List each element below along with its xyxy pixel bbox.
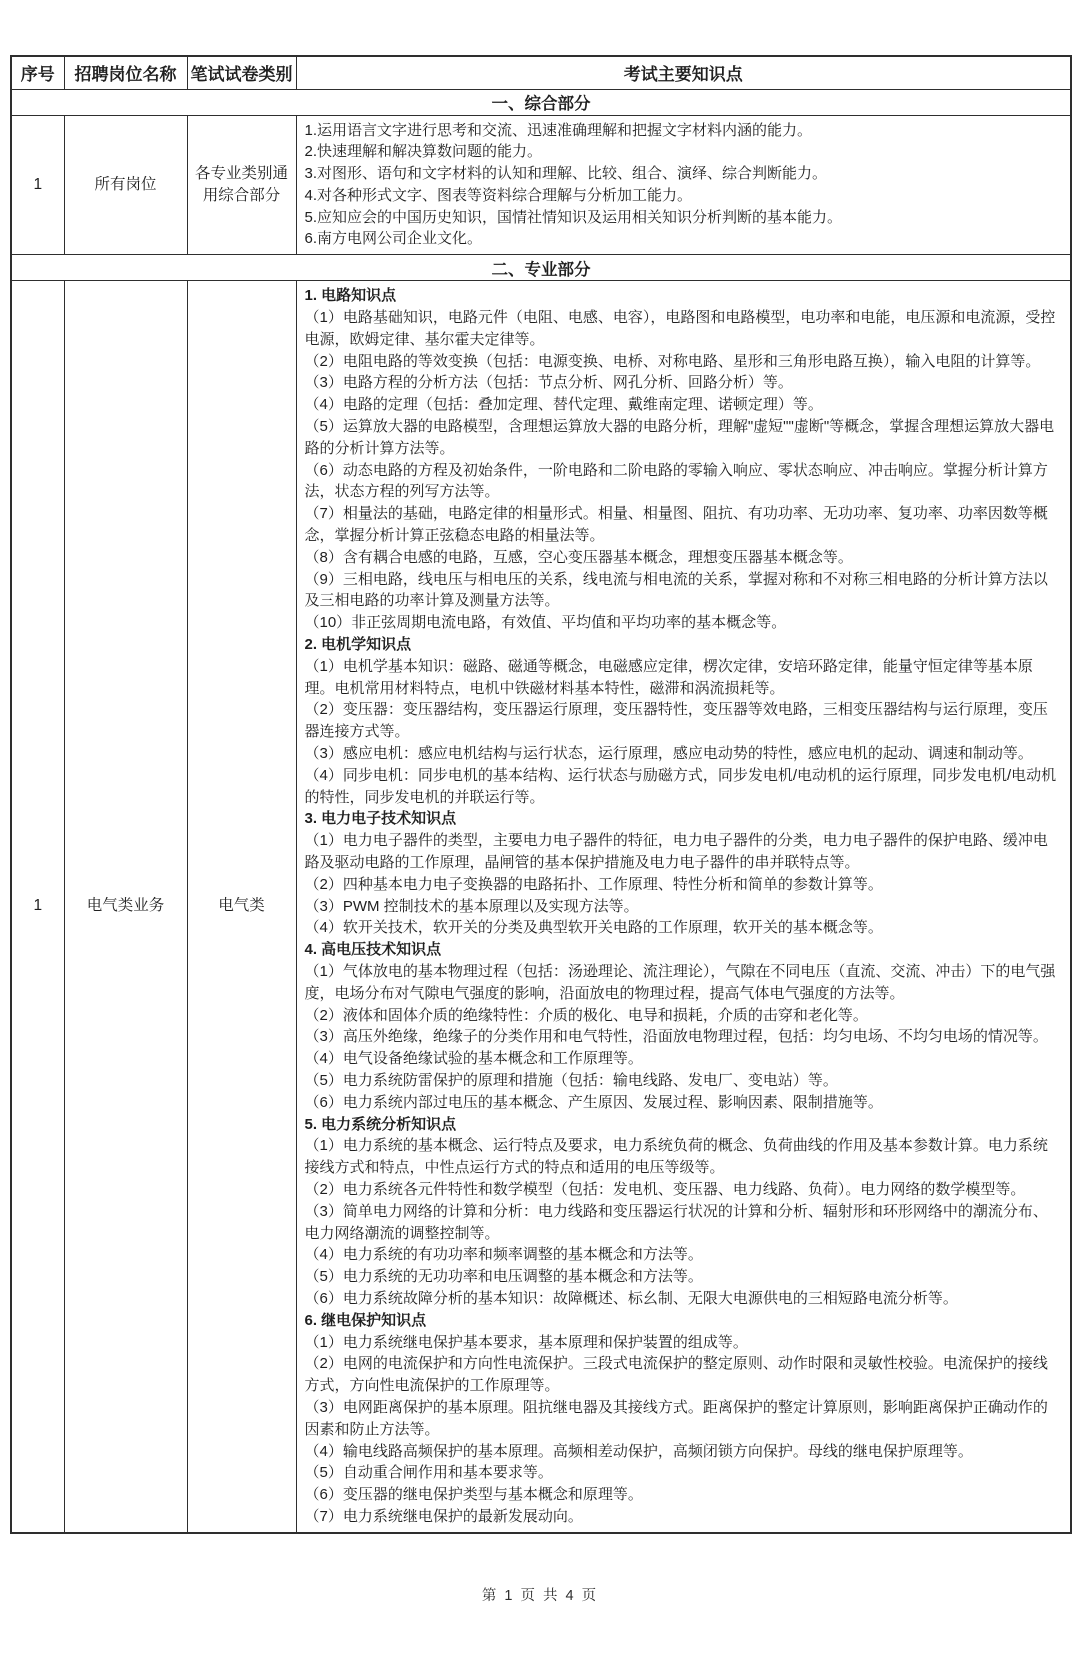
col-header-position: 招聘岗位名称	[64, 56, 187, 89]
knowledge-point-line: （1）电机学基本知识：磁路、磁通等概念，电磁感应定律，楞次定律，安培环路定律，能…	[305, 656, 1063, 700]
table-row-electrical: 1 电气类业务 电气类 1. 电路知识点（1）电路基础知识，电路元件（电阻、电感…	[11, 281, 1071, 1533]
knowledge-points-comprehensive: 1.运用语言文字进行思考和交流、迅速准确理解和把握文字材料内涵的能力。2.快速理…	[296, 115, 1071, 255]
knowledge-point-line: （4）软开关技术，软开关的分类及典型软开关电路的工作原理，软开关的基本概念等。	[305, 917, 1063, 939]
knowledge-point-line: 3. 电力电子技术知识点	[305, 808, 1063, 830]
knowledge-point-line: （2）电网的电流保护和方向性电流保护。三段式电流保护的整定原则、动作时限和灵敏性…	[305, 1353, 1063, 1397]
knowledge-point-line: 1.运用语言文字进行思考和交流、迅速准确理解和把握文字材料内涵的能力。	[305, 120, 1063, 142]
knowledge-point-line: （5）自动重合闸作用和基本要求等。	[305, 1462, 1063, 1484]
knowledge-point-line: （6）电力系统内部过电压的基本概念、产生原因、发展过程、影响因素、限制措施等。	[305, 1092, 1063, 1114]
knowledge-point-line: 3.对图形、语句和文字材料的认知和理解、比较、组合、演绎、综合判断能力。	[305, 163, 1063, 185]
knowledge-point-line: （3）电网距离保护的基本原理。阻抗继电器及其接线方式。距离保护的整定计算原则，影…	[305, 1397, 1063, 1441]
col-header-paper-category: 笔试试卷类别	[187, 56, 296, 89]
knowledge-point-line: 6. 继电保护知识点	[305, 1310, 1063, 1332]
knowledge-point-line: （4）电力系统的有功功率和频率调整的基本概念和方法等。	[305, 1244, 1063, 1266]
knowledge-point-line: （9）三相电路，线电压与相电压的关系，线电流与相电流的关系，掌握对称和不对称三相…	[305, 569, 1063, 613]
knowledge-point-line: （8）含有耦合电感的电路，互感，空心变压器基本概念，理想变压器基本概念等。	[305, 547, 1063, 569]
section-title-comprehensive: 一、综合部分	[11, 89, 1071, 115]
row-index: 1	[11, 281, 64, 1533]
knowledge-point-line: 2. 电机学知识点	[305, 634, 1063, 656]
section-row-professional: 二、专业部分	[11, 255, 1071, 281]
knowledge-point-line: （4）电路的定理（包括：叠加定理、替代定理、戴维南定理、诺顿定理）等。	[305, 394, 1063, 416]
knowledge-point-line: （6）变压器的继电保护类型与基本概念和原理等。	[305, 1484, 1063, 1506]
knowledge-point-line: （3）高压外绝缘，绝缘子的分类作用和电气特性，沿面放电物理过程，包括：均匀电场、…	[305, 1026, 1063, 1048]
row-index: 1	[11, 115, 64, 255]
section-row-comprehensive: 一、综合部分	[11, 89, 1071, 115]
knowledge-point-line: （2）电力系统各元件特性和数学模型（包括：发电机、变压器、电力线路、负荷）。电力…	[305, 1179, 1063, 1201]
knowledge-point-line: （5）运算放大器的电路模型，含理想运算放大器的电路分析，理解"虚短""虚断"等概…	[305, 416, 1063, 460]
knowledge-point-line: 2.快速理解和解决算数问题的能力。	[305, 141, 1063, 163]
exam-knowledge-table: 序号 招聘岗位名称 笔试试卷类别 考试主要知识点 一、综合部分 1 所有岗位 各…	[10, 55, 1072, 1534]
knowledge-point-line: （3）感应电机：感应电机结构与运行状态，运行原理，感应电动势的特性，感应电机的起…	[305, 743, 1063, 765]
position-name: 所有岗位	[64, 115, 187, 255]
knowledge-point-line: （2）四种基本电力电子变换器的电路拓扑、工作原理、特性分析和简单的参数计算等。	[305, 874, 1063, 896]
position-name: 电气类业务	[64, 281, 187, 1533]
knowledge-point-line: 6.南方电网公司企业文化。	[305, 228, 1063, 250]
knowledge-point-line: （6）动态电路的方程及初始条件，一阶电路和二阶电路的零输入响应、零状态响应、冲击…	[305, 460, 1063, 504]
knowledge-point-line: 4.对各种形式文字、图表等资料综合理解与分析加工能力。	[305, 185, 1063, 207]
knowledge-point-line: （4）输电线路高频保护的基本原理。高频相差动保护，高频闭锁方向保护。母线的继电保…	[305, 1441, 1063, 1463]
knowledge-point-line: （3）简单电力网络的计算和分析：电力线路和变压器运行状况的计算和分析、辐射形和环…	[305, 1201, 1063, 1245]
paper-category: 各专业类别通用综合部分	[187, 115, 296, 255]
section-title-professional: 二、专业部分	[11, 255, 1071, 281]
knowledge-point-line: （10）非正弦周期电流电路，有效值、平均值和平均功率的基本概念等。	[305, 612, 1063, 634]
page-number: 第 1 页 共 4 页	[0, 1584, 1080, 1605]
knowledge-point-line: （3）电路方程的分析方法（包括：节点分析、网孔分析、回路分析）等。	[305, 372, 1063, 394]
col-header-index: 序号	[11, 56, 64, 89]
knowledge-point-line: （1）电力系统的基本概念、运行特点及要求，电力系统负荷的概念、负荷曲线的作用及基…	[305, 1135, 1063, 1179]
table-row-all-positions: 1 所有岗位 各专业类别通用综合部分 1.运用语言文字进行思考和交流、迅速准确理…	[11, 115, 1071, 255]
knowledge-point-line: 4. 高电压技术知识点	[305, 939, 1063, 961]
knowledge-point-line: （1）电力电子器件的类型，主要电力电子器件的特征，电力电子器件的分类，电力电子器…	[305, 830, 1063, 874]
knowledge-point-line: （5）电力系统防雷保护的原理和措施（包括：输电线路、发电厂、变电站）等。	[305, 1070, 1063, 1092]
knowledge-point-line: （1）电力系统继电保护基本要求，基本原理和保护装置的组成等。	[305, 1332, 1063, 1354]
knowledge-point-line: （5）电力系统的无功功率和电压调整的基本概念和方法等。	[305, 1266, 1063, 1288]
paper-category: 电气类	[187, 281, 296, 1533]
knowledge-point-line: 1. 电路知识点	[305, 285, 1063, 307]
knowledge-points-electrical: 1. 电路知识点（1）电路基础知识，电路元件（电阻、电感、电容），电路图和电路模…	[296, 281, 1071, 1533]
knowledge-point-line: （1）气体放电的基本物理过程（包括：汤逊理论、流注理论），气隙在不同电压（直流、…	[305, 961, 1063, 1005]
knowledge-point-line: （2）液体和固体介质的绝缘特性：介质的极化、电导和损耗，介质的击穿和老化等。	[305, 1005, 1063, 1027]
knowledge-point-line: （2）电阻电路的等效变换（包括：电源变换、电桥、对称电路、星形和三角形电路互换）…	[305, 351, 1063, 373]
knowledge-point-line: （6）电力系统故障分析的基本知识：故障概述、标幺制、无限大电源供电的三相短路电流…	[305, 1288, 1063, 1310]
knowledge-point-line: （7）电力系统继电保护的最新发展动向。	[305, 1506, 1063, 1528]
table-header-row: 序号 招聘岗位名称 笔试试卷类别 考试主要知识点	[11, 56, 1071, 89]
knowledge-point-line: （4）同步电机：同步电机的基本结构、运行状态与励磁方式，同步发电机/电动机的运行…	[305, 765, 1063, 809]
knowledge-point-line: （2）变压器：变压器结构，变压器运行原理，变压器特性，变压器等效电路，三相变压器…	[305, 699, 1063, 743]
knowledge-point-line: （4）电气设备绝缘试验的基本概念和工作原理等。	[305, 1048, 1063, 1070]
col-header-knowledge-points: 考试主要知识点	[296, 56, 1071, 89]
knowledge-point-line: （1）电路基础知识，电路元件（电阻、电感、电容），电路图和电路模型，电功率和电能…	[305, 307, 1063, 351]
knowledge-point-line: 5. 电力系统分析知识点	[305, 1114, 1063, 1136]
knowledge-point-line: 5.应知应会的中国历史知识，国情社情知识及运用相关知识分析判断的基本能力。	[305, 207, 1063, 229]
knowledge-point-line: （7）相量法的基础，电路定律的相量形式。相量、相量图、阻抗、有功功率、无功功率、…	[305, 503, 1063, 547]
knowledge-point-line: （3）PWM 控制技术的基本原理以及实现方法等。	[305, 896, 1063, 918]
